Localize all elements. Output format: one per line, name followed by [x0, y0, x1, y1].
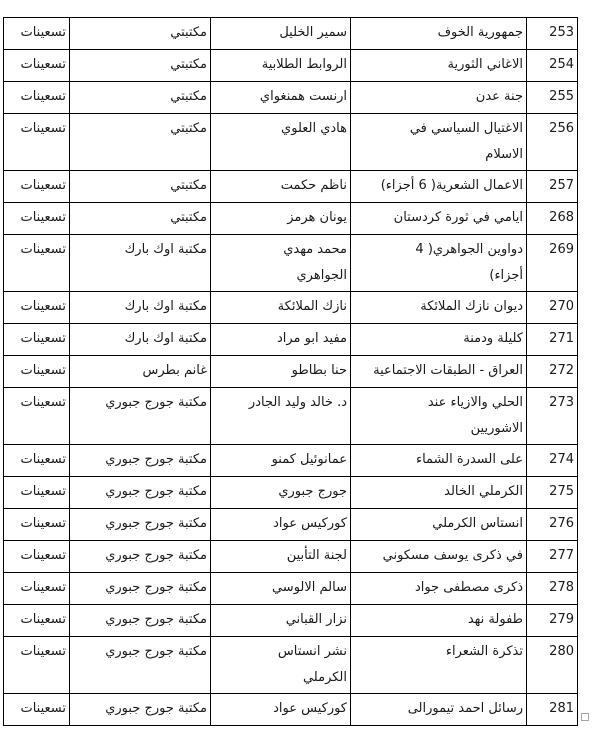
cell-author: جورج جبوري: [211, 477, 351, 509]
cell-author: الروابط الطلابية: [211, 50, 351, 82]
cell-number: 278: [527, 573, 578, 605]
table-row: 270ديوان نازك الملائكةنازك الملائكةمكتبة…: [4, 292, 578, 324]
cell-library: مكتبة اوك بارك: [70, 235, 211, 292]
table-row: 273الحلي والازياء عند الاشورييند. خالد و…: [4, 388, 578, 445]
cell-library: مكتبة جورج جبوري: [70, 573, 211, 605]
cell-author: مفيد ابو مراد: [211, 324, 351, 356]
cell-title: ديوان نازك الملائكة: [351, 292, 527, 324]
cell-number: 280: [527, 637, 578, 694]
cell-period: تسعينات: [4, 356, 70, 388]
cell-library: مكتبتي: [70, 114, 211, 171]
cell-title: على السدرة الشماء: [351, 445, 527, 477]
cell-author: عمانوئيل كمنو: [211, 445, 351, 477]
cell-title: كليلة ودمنة: [351, 324, 527, 356]
cell-library: مكتبة جورج جبوري: [70, 477, 211, 509]
cell-number: 254: [527, 50, 578, 82]
cell-title: جنة عدن: [351, 82, 527, 114]
cell-library: مكتبة جورج جبوري: [70, 637, 211, 694]
table-row: 268ايامي في ثورة كردستانيونان هرمزمكتبتي…: [4, 203, 578, 235]
cell-author: حنا بطاطو: [211, 356, 351, 388]
table-row: 256الاغتيال السياسي في الاسلامهادي العلو…: [4, 114, 578, 171]
cell-number: 275: [527, 477, 578, 509]
cell-library: مكتبة جورج جبوري: [70, 388, 211, 445]
cell-period: تسعينات: [4, 445, 70, 477]
cell-library: مكتبة جورج جبوري: [70, 694, 211, 726]
cell-number: 277: [527, 541, 578, 573]
cell-author: محمد مهدي الجواهري: [211, 235, 351, 292]
table-row: 274على السدرة الشماءعمانوئيل كمنومكتبة ج…: [4, 445, 578, 477]
cell-library: مكتبة جورج جبوري: [70, 605, 211, 637]
cell-period: تسعينات: [4, 509, 70, 541]
cell-number: 269: [527, 235, 578, 292]
cell-period: تسعينات: [4, 203, 70, 235]
cell-author: سالم الالوسي: [211, 573, 351, 605]
table-row: 255جنة عدنارنست همنغوايمكتبتيتسعينات: [4, 82, 578, 114]
table-row: 271كليلة ودمنةمفيد ابو مرادمكتبة اوك بار…: [4, 324, 578, 356]
cell-author: د. خالد وليد الجادر: [211, 388, 351, 445]
table-row: 276انستاس الكرمليكوركيس عوادمكتبة جورج ج…: [4, 509, 578, 541]
cell-period: تسعينات: [4, 324, 70, 356]
cell-author: نشر انستاس الكرملي: [211, 637, 351, 694]
cell-title: جمهورية الخوف: [351, 18, 527, 50]
cell-author: هادي العلوي: [211, 114, 351, 171]
table-row: 257الاعمال الشعرية( 6 أجزاء)ناظم حكمتمكت…: [4, 171, 578, 203]
cell-library: مكتبتي: [70, 203, 211, 235]
cell-author: كوركيس عواد: [211, 509, 351, 541]
cell-period: تسعينات: [4, 292, 70, 324]
table-row: 275الكرملي الخالدجورج جبوريمكتبة جورج جب…: [4, 477, 578, 509]
cell-number: 253: [527, 18, 578, 50]
cell-title: طفولة نهد: [351, 605, 527, 637]
table-row: 279طفولة نهدنزار القبانيمكتبة جورج جبوري…: [4, 605, 578, 637]
cell-library: مكتبتي: [70, 50, 211, 82]
cell-title: الاغتيال السياسي في الاسلام: [351, 114, 527, 171]
cell-period: تسعينات: [4, 388, 70, 445]
table-row: 278ذكرى مصطفى جوادسالم الالوسيمكتبة جورج…: [4, 573, 578, 605]
cell-title: رسائل احمد تيمورالى: [351, 694, 527, 726]
cell-number: 274: [527, 445, 578, 477]
cell-period: تسعينات: [4, 637, 70, 694]
cell-period: تسعينات: [4, 50, 70, 82]
cell-author: نزار القباني: [211, 605, 351, 637]
cell-number: 256: [527, 114, 578, 171]
cell-period: تسعينات: [4, 18, 70, 50]
cell-library: مكتبة جورج جبوري: [70, 445, 211, 477]
cell-title: الكرملي الخالد: [351, 477, 527, 509]
table-row: 277في ذكرى يوسف مسكونيلجنة التأبينمكتبة …: [4, 541, 578, 573]
cell-title: الاعمال الشعرية( 6 أجزاء): [351, 171, 527, 203]
cell-library: مكتبتي: [70, 82, 211, 114]
books-table: 253جمهورية الخوفسمير الخليلمكتبتيتسعينات…: [3, 17, 578, 726]
table-row: 281رسائل احمد تيمورالىكوركيس عوادمكتبة ج…: [4, 694, 578, 726]
cell-library: مكتبتي: [70, 171, 211, 203]
cell-period: تسعينات: [4, 171, 70, 203]
cell-number: 268: [527, 203, 578, 235]
cell-library: مكتبة جورج جبوري: [70, 541, 211, 573]
cell-library: مكتبة جورج جبوري: [70, 509, 211, 541]
table-resize-handle[interactable]: [581, 713, 589, 721]
cell-number: 276: [527, 509, 578, 541]
document-page: 253جمهورية الخوفسمير الخليلمكتبتيتسعينات…: [0, 0, 600, 737]
cell-library: مكتبتي: [70, 18, 211, 50]
cell-period: تسعينات: [4, 541, 70, 573]
cell-title: في ذكرى يوسف مسكوني: [351, 541, 527, 573]
cell-author: سمير الخليل: [211, 18, 351, 50]
cell-title: العراق - الطبقات الاجتماعية: [351, 356, 527, 388]
cell-title: ذكرى مصطفى جواد: [351, 573, 527, 605]
cell-number: 270: [527, 292, 578, 324]
books-table-container: 253جمهورية الخوفسمير الخليلمكتبتيتسعينات…: [33, 17, 578, 726]
cell-period: تسعينات: [4, 82, 70, 114]
cell-title: انستاس الكرملي: [351, 509, 527, 541]
cell-title: تذكرة الشعراء: [351, 637, 527, 694]
cell-title: ايامي في ثورة كردستان: [351, 203, 527, 235]
cell-library: مكتبة اوك بارك: [70, 292, 211, 324]
books-table-body: 253جمهورية الخوفسمير الخليلمكتبتيتسعينات…: [4, 18, 578, 726]
cell-author: نازك الملائكة: [211, 292, 351, 324]
table-row: 280تذكرة الشعراءنشر انستاس الكرمليمكتبة …: [4, 637, 578, 694]
cell-number: 257: [527, 171, 578, 203]
cell-period: تسعينات: [4, 477, 70, 509]
cell-period: تسعينات: [4, 573, 70, 605]
table-row: 254الاغاني الثوريةالروابط الطلابيةمكتبتي…: [4, 50, 578, 82]
cell-period: تسعينات: [4, 114, 70, 171]
cell-number: 272: [527, 356, 578, 388]
cell-period: تسعينات: [4, 605, 70, 637]
cell-author: لجنة التأبين: [211, 541, 351, 573]
cell-library: غانم بطرس: [70, 356, 211, 388]
cell-author: يونان هرمز: [211, 203, 351, 235]
cell-author: كوركيس عواد: [211, 694, 351, 726]
cell-title: دواوين الجواهري( 4 أجزاء): [351, 235, 527, 292]
cell-author: ارنست همنغواي: [211, 82, 351, 114]
cell-library: مكتبة اوك بارك: [70, 324, 211, 356]
cell-number: 273: [527, 388, 578, 445]
cell-number: 271: [527, 324, 578, 356]
table-row: 253جمهورية الخوفسمير الخليلمكتبتيتسعينات: [4, 18, 578, 50]
cell-number: 255: [527, 82, 578, 114]
table-row: 269دواوين الجواهري( 4 أجزاء)محمد مهدي ال…: [4, 235, 578, 292]
cell-author: ناظم حكمت: [211, 171, 351, 203]
cell-number: 279: [527, 605, 578, 637]
cell-title: الاغاني الثورية: [351, 50, 527, 82]
cell-title: الحلي والازياء عند الاشوريين: [351, 388, 527, 445]
cell-number: 281: [527, 694, 578, 726]
cell-period: تسعينات: [4, 235, 70, 292]
table-row: 272العراق - الطبقات الاجتماعيةحنا بطاطوغ…: [4, 356, 578, 388]
cell-period: تسعينات: [4, 694, 70, 726]
